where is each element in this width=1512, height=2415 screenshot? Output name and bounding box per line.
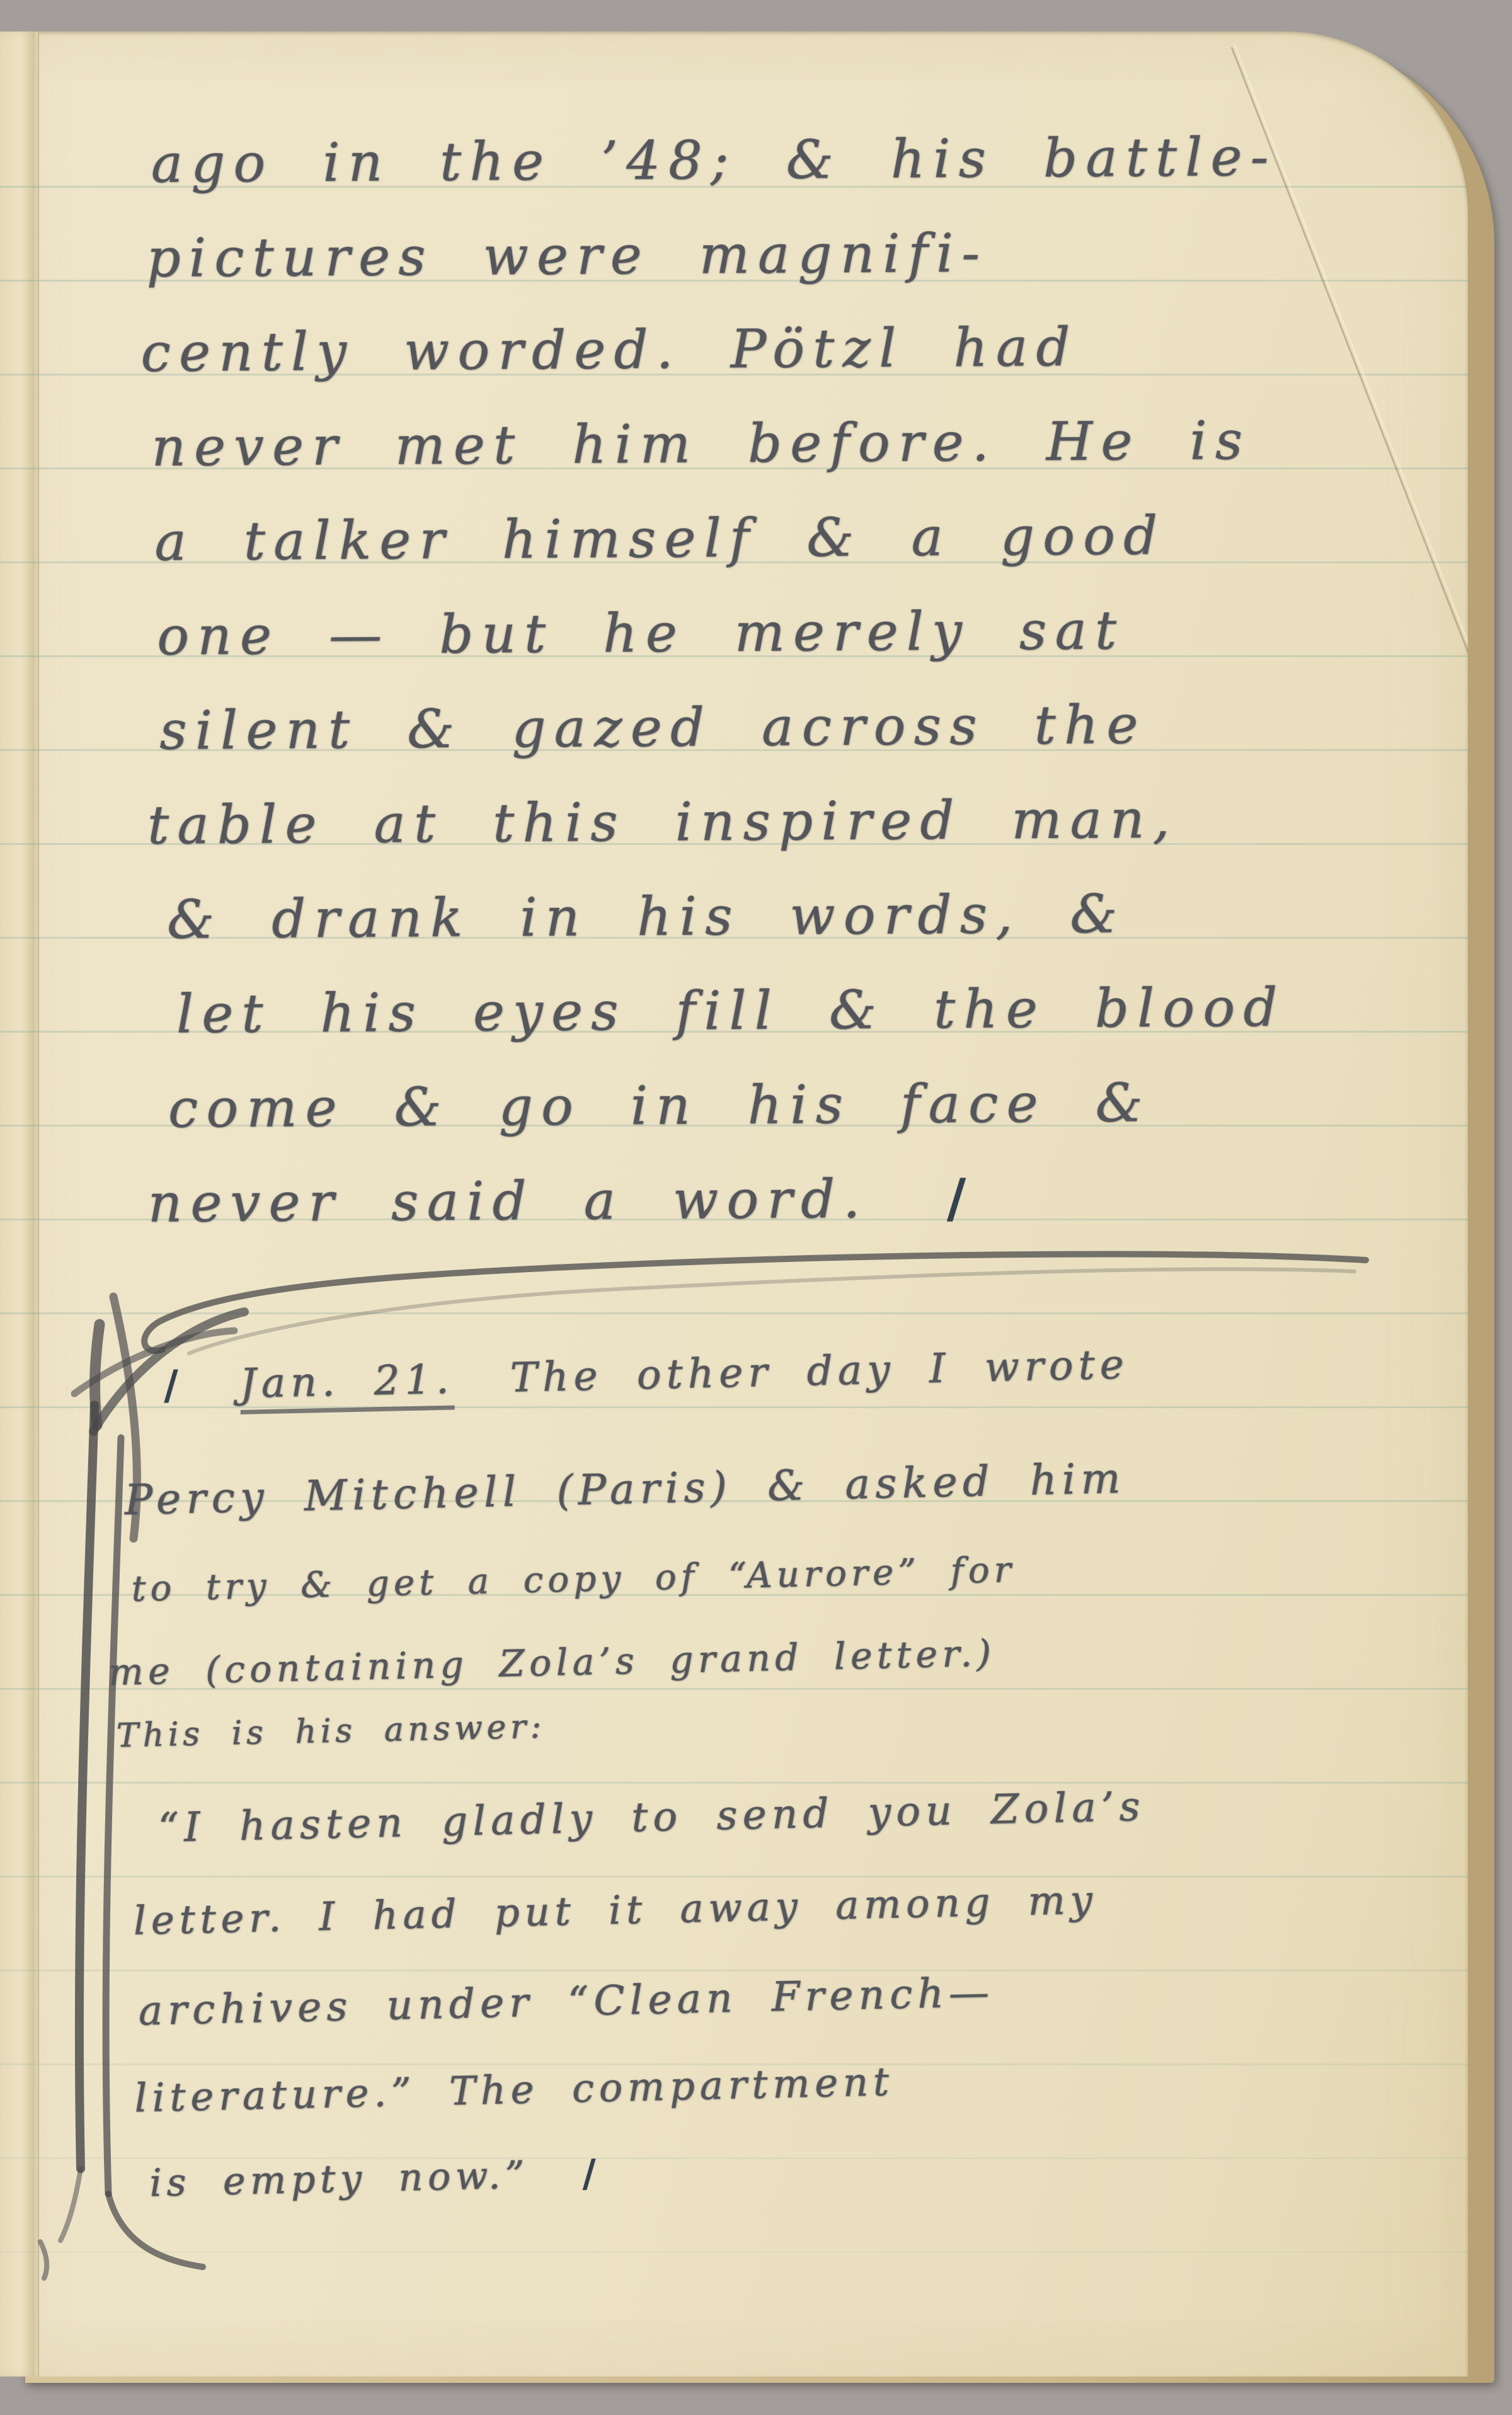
handwriting-line: This is his answer: [117, 1711, 546, 1753]
handwriting-line: ago in the ’48; & his battle- [151, 130, 1277, 190]
ink-slash-mark: / [946, 1167, 975, 1229]
entry-date: Jan. 21. [239, 1357, 454, 1414]
handwriting-line: a talker himself & a good [154, 509, 1165, 568]
ink-slash-mark: / [581, 2152, 601, 2196]
notebook-page: ago in the ’48; & his battle- pictures w… [0, 32, 1468, 2377]
scanned-notebook-photo: { "scan": { "backdrop_color": "#a39e9b",… [0, 0, 1512, 2415]
handwriting-layer: ago in the ’48; & his battle- pictures w… [0, 27, 1475, 2381]
handwriting-line: is empty now.” / [149, 2155, 602, 2203]
handwriting-line: pictures were magnifi- [147, 227, 988, 285]
handwriting-line: to try & get a copy of “Aurore” for [131, 1552, 1016, 1607]
entry-first-line-text: The other day I wrote [510, 1341, 1130, 1401]
handwriting-line: Percy Mitchell (Paris) & asked him [124, 1458, 1126, 1522]
handwriting-line: literature.” The compartment [134, 2062, 895, 2118]
handwriting-line: never met him before. He is [151, 414, 1251, 474]
handwriting-line: come & go in his face & [168, 1076, 1151, 1135]
handwriting-text: is empty now.” [149, 2153, 530, 2205]
handwriting-line: never said a word. / [148, 1172, 975, 1230]
handwriting-line: & drank in his words, & [167, 887, 1126, 946]
handwriting-line: letter. I had put it away among my [133, 1880, 1097, 1940]
handwriting-line: silent & gazed across the [159, 698, 1147, 757]
handwriting-line: one — but he merely sat [157, 604, 1125, 662]
handwriting-line: let his eyes fill & the blood [176, 981, 1286, 1041]
handwriting-line: cently worded. Pötzl had [140, 321, 1079, 379]
handwriting-line: table at this inspired man, [147, 793, 1178, 852]
handwriting-line: archives under “Clean French— [138, 1973, 995, 2032]
handwriting-line: me (containing Zola’s grand letter.) [108, 1634, 996, 1690]
ink-slash-mark: / [163, 1362, 184, 1409]
handwriting-text: never said a word. [148, 1168, 869, 1234]
entry-date-line: / Jan. 21. The other day I wrote [163, 1345, 1130, 1406]
handwriting-line: “I hasten gladly to send you Zola’s [157, 1787, 1145, 1849]
